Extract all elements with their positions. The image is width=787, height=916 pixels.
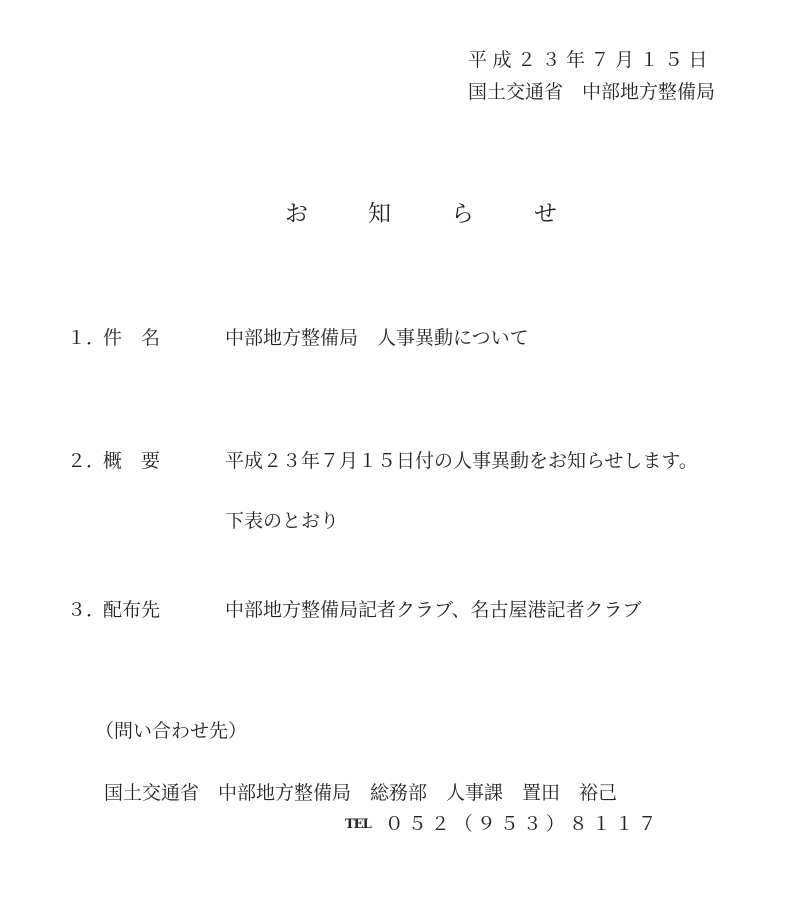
item-value-summary: 平成２３年７月１５日付の人事異動をお知らせします。	[225, 452, 698, 471]
item-label-subject: 件 名	[103, 329, 160, 348]
item-label-distribution: 配布先	[103, 601, 160, 620]
issuing-organization: 国土交通省 中部地方整備局	[468, 83, 715, 102]
item-value-distribution: 中部地方整備局記者クラブ、名古屋港記者クラブ	[225, 601, 641, 620]
title-char: お	[285, 203, 368, 226]
title-char: 知	[368, 203, 451, 226]
title-char: ら	[451, 203, 534, 226]
item-number: ２．	[67, 452, 105, 471]
contact-person: 国土交通省 中部地方整備局 総務部 人事課 置田 裕己	[104, 784, 617, 803]
contact-phone: TEL０５２（９５３）８１１７	[345, 815, 661, 834]
tel-label: TEL	[345, 817, 371, 832]
item-number: １．	[67, 329, 105, 348]
contact-heading: （問い合わせ先）	[95, 722, 247, 741]
item-number: ３．	[67, 601, 105, 620]
document-title: お 知 ら せ	[285, 203, 617, 226]
item-label-summary: 概 要	[103, 452, 160, 471]
tel-number: ０５２（９５３）８１１７	[385, 813, 661, 835]
item-value-subject: 中部地方整備局 人事異動について	[225, 329, 529, 348]
document-date: 平成２３年７月１５日	[468, 51, 713, 70]
title-char: せ	[534, 203, 617, 226]
item-value-summary-note: 下表のとおり	[225, 512, 339, 531]
